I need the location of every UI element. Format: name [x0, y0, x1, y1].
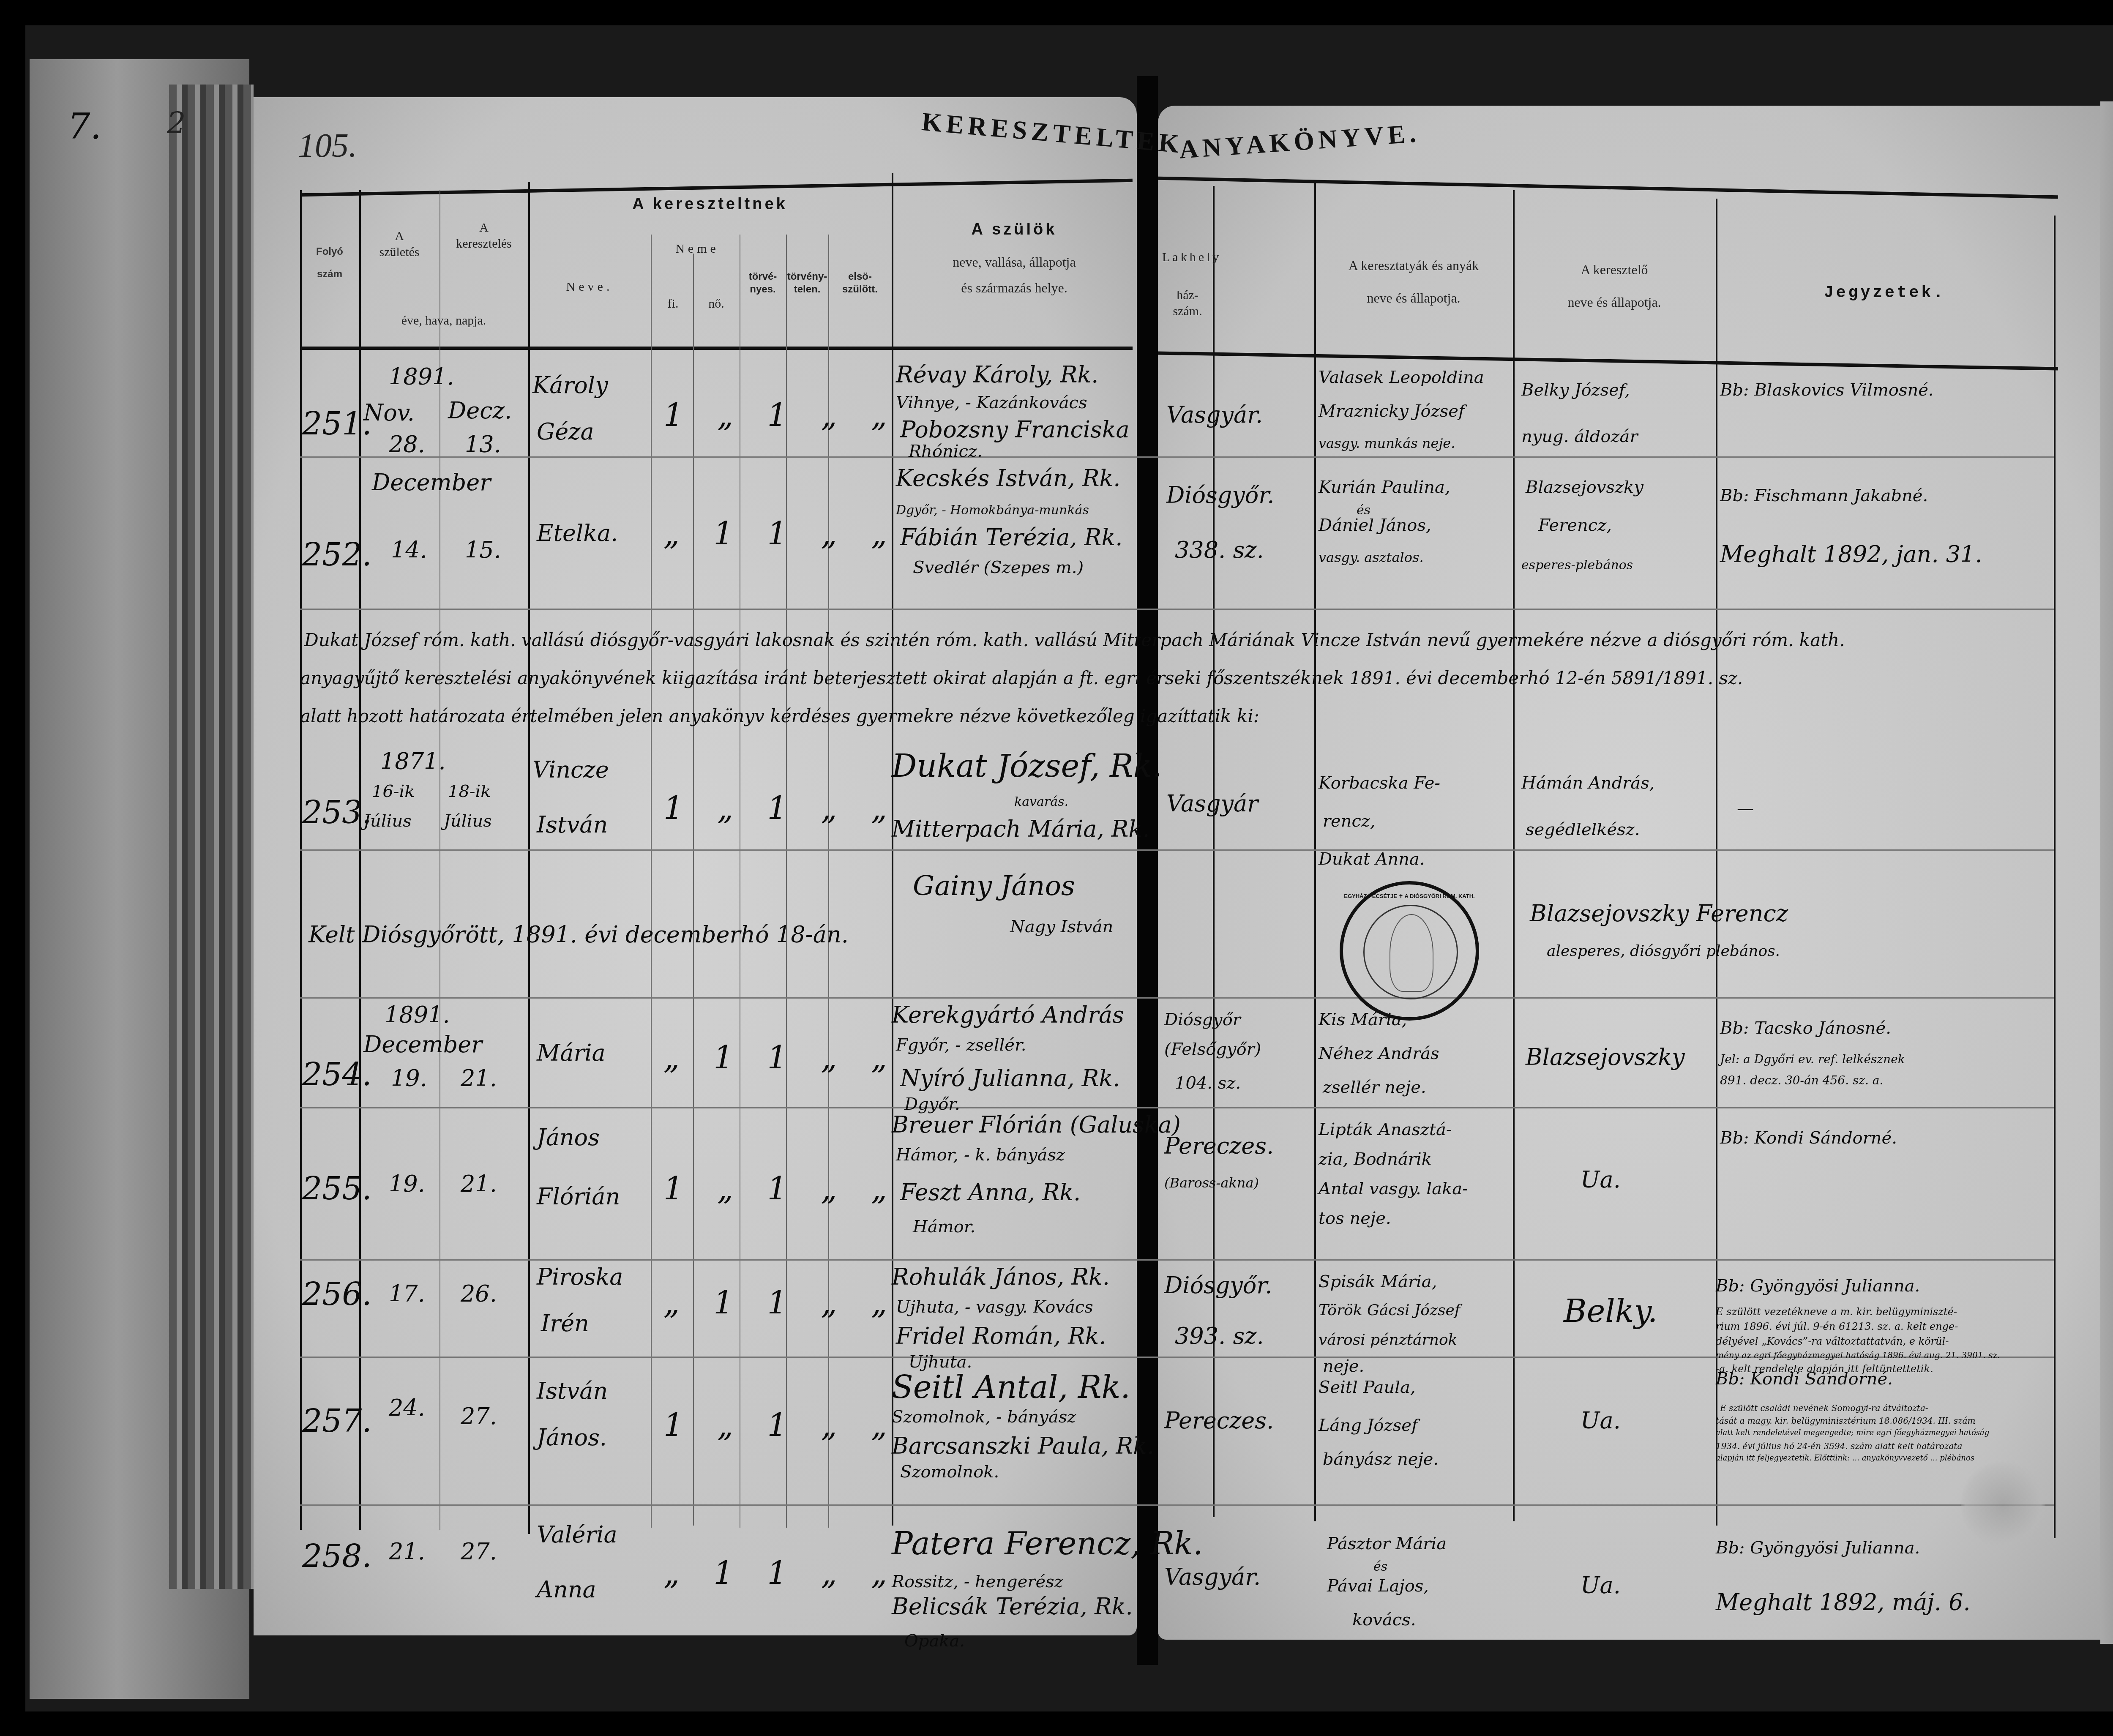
- parents: Breuer Flórián (Galuska): [892, 1111, 1181, 1138]
- baptism-month: Decz.: [448, 397, 512, 424]
- residence: Diósgyőr.: [1166, 482, 1274, 508]
- status-marks: 1„1„„: [663, 397, 921, 434]
- baptizer: Blazsejovszky: [1526, 1044, 1684, 1070]
- baptism-day: 27.: [461, 1538, 497, 1565]
- baptism-month: Július: [444, 811, 492, 831]
- birth-day: 24.: [389, 1395, 425, 1421]
- birth-day: 19.: [391, 1065, 427, 1092]
- status-marks: „11„„: [663, 1040, 921, 1076]
- godparents: Kis Mária,: [1319, 1010, 1407, 1029]
- parents: Patera Ferencz, Rk.: [892, 1526, 1203, 1562]
- row-separator: [300, 1259, 2054, 1261]
- priest-signature: Blazsejovszky Ferencz: [1530, 900, 1788, 927]
- godparents: Seitl Paula,: [1319, 1378, 1416, 1397]
- header-no: nő.: [695, 296, 737, 312]
- col-line: [1314, 182, 1316, 1521]
- child-name: Mária: [537, 1040, 606, 1066]
- header-kereszteles: Akeresztelés: [442, 220, 526, 251]
- header-jegyzetek: Jegyzetek.: [1720, 283, 2050, 303]
- status-marks: „11„„: [663, 1555, 921, 1591]
- faded-stamp: [1961, 1458, 2045, 1551]
- baptizer: Blazsejovszky: [1526, 478, 1643, 497]
- entry-number: 252.: [302, 537, 372, 573]
- col-line: [693, 254, 694, 1526]
- col-line: [1513, 190, 1515, 1521]
- col-line: [359, 190, 361, 1530]
- book-right-edge: [2100, 101, 2113, 1644]
- header-szuletes: Aszületés: [363, 228, 435, 260]
- madonna-figure-icon: [1390, 914, 1433, 992]
- header-keresztelo: A keresztelőneve és állapotja.: [1517, 254, 1712, 319]
- page-number: 105.: [298, 127, 357, 165]
- baptism-day: 27.: [461, 1403, 497, 1430]
- birth-month: Nov.: [363, 399, 415, 426]
- row-separator: [300, 456, 2054, 458]
- header-kereszteltnek: A kereszteltnek: [532, 194, 887, 215]
- margin-mark-1: 7.: [68, 106, 101, 147]
- dated-line: Kelt Diósgyőrött, 1891. évi decemberhó 1…: [308, 921, 849, 948]
- row-separator: [300, 609, 2054, 610]
- parish-seal-stamp: EGYHÁZ PECSÉTJE ✝ A DIÓSGYŐRI RÓM. KATH.: [1340, 881, 1479, 1021]
- child-name-2: Flórián: [537, 1183, 620, 1210]
- child-name: Károly: [532, 372, 608, 399]
- notes: Bb: Tacsko Jánosné.: [1720, 1018, 1891, 1038]
- baptism-day: 21.: [461, 1171, 497, 1197]
- godparents: Pásztor Mária: [1327, 1534, 1447, 1553]
- baptizer: Ua.: [1581, 1407, 1621, 1434]
- baptism-day: 18-ik: [448, 782, 491, 801]
- header-folyo-szam: Folyószám: [304, 241, 355, 286]
- baptism-day: 13.: [465, 431, 501, 458]
- header-keresztszulok: A keresztatyák és anyákneve és állapotja…: [1316, 249, 1511, 314]
- child-name: Etelka.: [537, 520, 618, 546]
- baptizer: Belky.: [1564, 1293, 1657, 1329]
- header-date-sub: éve, hava, napja.: [363, 313, 524, 329]
- parents: Seitl Antal, Rk.: [892, 1369, 1130, 1406]
- child-name: Vincze: [532, 756, 609, 783]
- house-number: 338. sz.: [1175, 537, 1264, 563]
- child-name: Valéria: [537, 1521, 617, 1548]
- entry-number: 251.: [302, 406, 372, 442]
- parents: Kecskés István, Rk.: [896, 465, 1120, 491]
- parents: Révay Károly, Rk.: [896, 361, 1098, 388]
- child-name-2: Géza: [537, 418, 594, 445]
- child-name: István: [537, 1378, 608, 1404]
- residence: Diósgyőr: [1164, 1010, 1241, 1029]
- header-lakhely: Lakhely: [1162, 249, 1213, 265]
- entry-number: 255.: [302, 1171, 372, 1207]
- header-neme: Neme: [653, 241, 742, 257]
- residence: Pereczes.: [1164, 1407, 1274, 1434]
- notes: Bb: Gyöngyösi Julianna.: [1716, 1276, 1920, 1296]
- residence: Vasgyár.: [1164, 1564, 1261, 1590]
- header-szulok: A szülök: [896, 220, 1133, 240]
- godparents: Kurián Paulina,: [1319, 478, 1450, 497]
- entry-number: 254.: [302, 1056, 372, 1093]
- status-marks: „11„„: [663, 516, 921, 552]
- notes: Bb: Fischmann Jakabné.: [1720, 486, 1928, 505]
- parents: Rohulák János, Rk.: [892, 1264, 1110, 1290]
- header-elsoszulott: elsö-szülött.: [828, 270, 892, 296]
- notes: Bb: Gyöngyösi Julianna.: [1716, 1538, 1920, 1558]
- notes: Bb: Blaskovics Vilmosné.: [1720, 380, 1934, 400]
- residence: Vasgyár.: [1166, 401, 1263, 428]
- godparents: Lipták Anasztá-: [1319, 1120, 1452, 1139]
- birth-month: Július: [363, 811, 412, 831]
- godparents: Korbacska Fe-: [1319, 773, 1440, 793]
- status-marks: „11„„: [663, 1285, 921, 1321]
- house-number: 104. sz.: [1175, 1073, 1241, 1093]
- child-name: János: [537, 1124, 600, 1151]
- status-marks: 1„1„„: [663, 1171, 921, 1207]
- margin-mark-2: 2: [167, 106, 186, 140]
- baptizer: Ua.: [1581, 1166, 1621, 1193]
- row-separator: [300, 849, 2054, 851]
- col-line: [300, 190, 302, 1530]
- parents: Dukat József, Rk.: [892, 748, 1162, 784]
- birth-year: 1891.: [385, 1002, 450, 1028]
- child-name-2: István: [537, 811, 608, 838]
- header-torvenytelen: törvény-telen.: [786, 270, 828, 296]
- godparents: Spisák Mária,: [1319, 1272, 1437, 1291]
- death-note: Meghalt 1892, máj. 6.: [1716, 1589, 1971, 1616]
- col-line: [651, 235, 652, 1528]
- birth-day: 19.: [389, 1171, 425, 1197]
- baptizer: Hámán András,: [1521, 773, 1654, 793]
- residence: Vasgyár: [1166, 790, 1258, 817]
- book-gutter: [1137, 76, 1158, 1665]
- header-fi: fi.: [653, 296, 693, 312]
- entry-number: 253.: [302, 794, 372, 831]
- page-edges-left: [169, 85, 254, 1589]
- witness-signature-2: Nagy István: [1010, 917, 1113, 936]
- col-line: [2054, 216, 2056, 1538]
- godparents: Valasek Leopoldina: [1319, 368, 1484, 387]
- entry-number: 257.: [302, 1403, 372, 1439]
- header-torvenyes: törvé-nyes.: [742, 270, 784, 296]
- row-separator: [300, 997, 2054, 999]
- baptism-day: 21.: [461, 1065, 497, 1092]
- header-lakhely-sub: ház-szám.: [1162, 287, 1213, 319]
- death-note: Meghalt 1892, jan. 31.: [1720, 541, 1982, 568]
- right-page: [1158, 106, 2100, 1640]
- notes: Bb: Kondi Sándorné.: [1716, 1369, 1893, 1389]
- status-marks: 1„1„„: [663, 1407, 921, 1444]
- child-name-2: Anna: [537, 1576, 596, 1603]
- birth-month: December: [372, 469, 491, 496]
- birth-day: 16-ik: [372, 782, 415, 801]
- header-szulok-sub: neve, vallása, állapotjaés származás hel…: [896, 249, 1133, 301]
- col-line: [528, 182, 530, 1534]
- baptizer: Ua.: [1581, 1572, 1621, 1599]
- notes: —: [1737, 799, 1754, 818]
- row-separator: [300, 1107, 2054, 1108]
- baptism-day: 26.: [461, 1280, 497, 1307]
- birth-day: 17.: [389, 1280, 425, 1307]
- baptizer: Belky József,: [1521, 380, 1630, 400]
- child-name-2: János.: [537, 1424, 607, 1451]
- entry-number: 258.: [302, 1538, 372, 1575]
- residence: Pereczes.: [1164, 1133, 1274, 1159]
- child-name: Piroska: [537, 1264, 623, 1290]
- baptism-day: 15.: [465, 537, 501, 563]
- col-line: [1213, 186, 1215, 1517]
- house-number: 393. sz.: [1175, 1323, 1264, 1349]
- row-separator: [300, 1504, 2054, 1506]
- birth-year: 1871.: [380, 748, 446, 775]
- child-name-2: Irén: [541, 1310, 589, 1337]
- birth-year: 1891.: [389, 363, 454, 390]
- status-marks: 1„1„„: [663, 790, 921, 827]
- priest-title: alesperes, diósgyőri plebános.: [1547, 942, 1780, 960]
- col-line: [440, 190, 440, 1530]
- birth-day: 14.: [391, 537, 427, 563]
- header-bottom-rule-left: [300, 347, 1133, 350]
- witness-signature: Gainy János: [913, 871, 1075, 902]
- birth-day: 21.: [389, 1538, 425, 1565]
- header-neve: Neve.: [532, 279, 647, 295]
- notes: Bb: Kondi Sándorné.: [1720, 1128, 1897, 1148]
- residence: Diósgyőr.: [1164, 1272, 1272, 1299]
- entry-number: 256.: [302, 1276, 372, 1313]
- birth-day: 28.: [389, 431, 425, 458]
- birth-month: December: [363, 1031, 482, 1058]
- parents: Kerekgyártó András: [892, 1002, 1124, 1028]
